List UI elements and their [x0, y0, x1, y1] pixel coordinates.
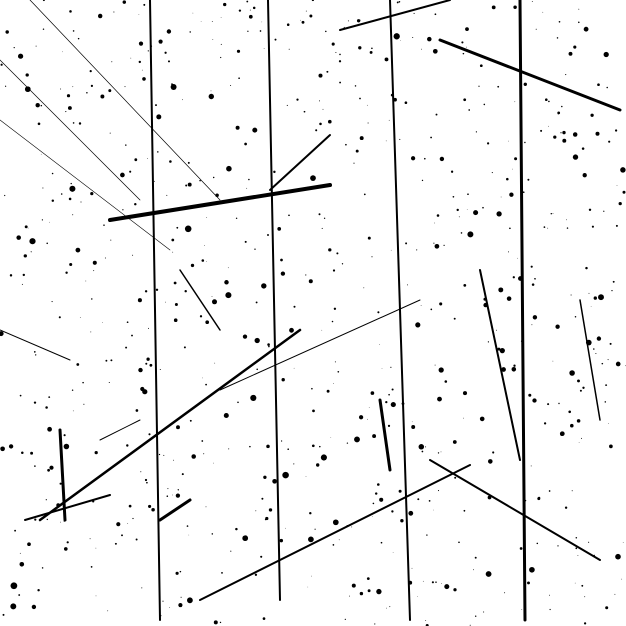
- grunge-texture: [0, 0, 626, 626]
